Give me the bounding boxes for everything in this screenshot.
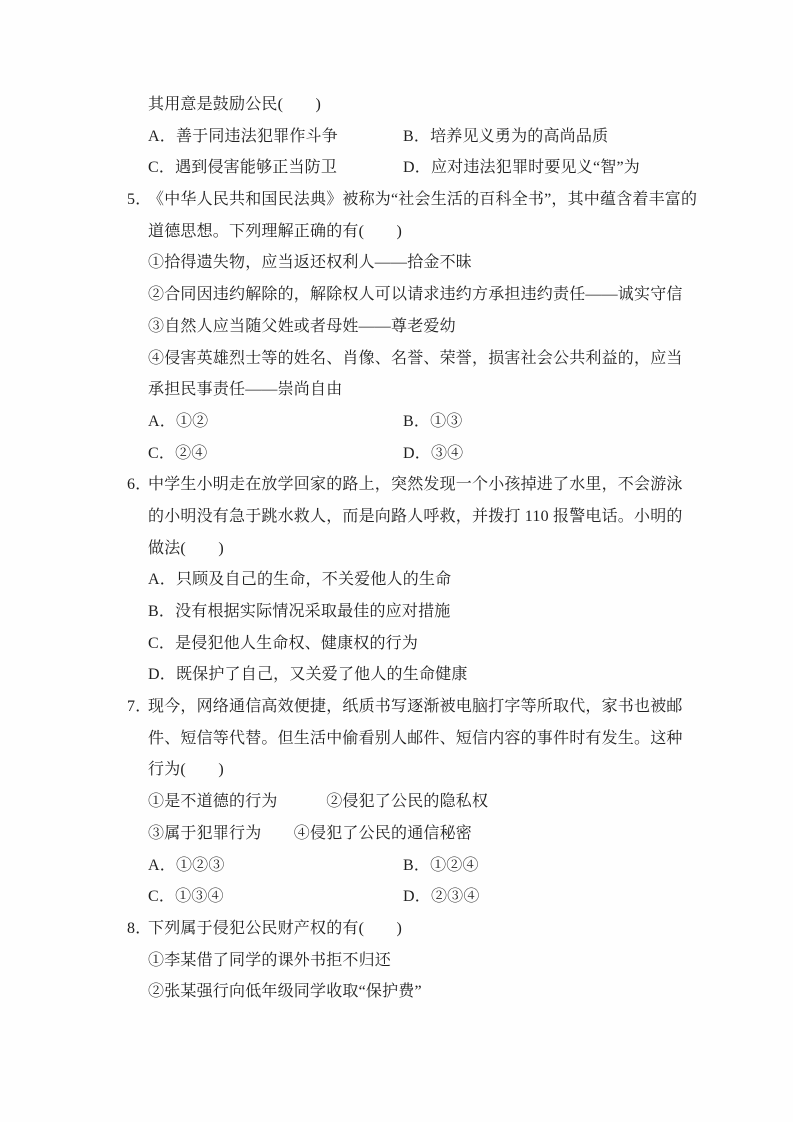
question-first-line: 6．中学生小明走在放学回家的路上，突然发现一个小孩掉进了水里，不会游泳 xyxy=(127,469,767,501)
line-text: ③属于犯罪行为 ④侵犯了公民的通信秘密 xyxy=(148,825,472,842)
question-list: 其用意是鼓励公民( )A．善于同违法犯罪作斗争B．培养见义勇为的高尚品质C．遇到… xyxy=(127,89,767,1008)
line-text: 下列属于侵犯公民财产权的有( ) xyxy=(148,920,402,937)
line-text: 现今，网络通信高效便捷，纸质书写逐渐被电脑打字等所取代，家书也被邮 xyxy=(148,698,683,715)
text-line: 的小明没有急于跳水救人，而是向路人呼救，并拨打 110 报警电话。小明的 xyxy=(127,501,767,533)
text-line: 道德思想。下列理解正确的有( ) xyxy=(127,216,767,248)
question-first-line: 7．现今，网络通信高效便捷，纸质书写逐渐被电脑打字等所取代，家书也被邮 xyxy=(127,691,767,723)
line-text: ①是不道德的行为 ②侵犯了公民的隐私权 xyxy=(148,793,488,810)
text-line: 行为( ) xyxy=(127,754,767,786)
option-cell: D．应对违法犯罪时要见义“智”为 xyxy=(403,159,640,176)
line-text: 承担民事责任——崇尚自由 xyxy=(148,381,342,398)
line-text: ②合同因违约解除的，解除权人可以请求违约方承担违约责任——诚实守信 xyxy=(148,286,683,303)
exam-page: 其用意是鼓励公民( )A．善于同违法犯罪作斗争B．培养见义勇为的高尚品质C．遇到… xyxy=(0,0,793,1122)
text-line: ③自然人应当随父姓或者母姓——尊老爱幼 xyxy=(127,311,767,343)
line-text: ①拾得遗失物，应当返还权利人——拾金不昧 xyxy=(148,254,472,271)
question-first-line: 5．《中华人民共和国民法典》被称为“社会生活的百科全书”，其中蕴含着丰富的 xyxy=(127,184,767,216)
line-text: B．没有根据实际情况采取最佳的应对措施 xyxy=(148,603,450,620)
question-number: 5． xyxy=(127,184,151,216)
text-line: C．遇到侵害能够正当防卫D．应对违法犯罪时要见义“智”为 xyxy=(127,152,767,184)
text-line: 件、短信等代替。但生活中偷看别人邮件、短信内容的事件时有发生。这种 xyxy=(127,723,767,755)
question-number: 7． xyxy=(127,691,151,723)
line-text: 其用意是鼓励公民( ) xyxy=(148,96,321,113)
text-line: A．①②B．①③ xyxy=(127,406,767,438)
text-line: ①是不道德的行为 ②侵犯了公民的隐私权 xyxy=(127,786,767,818)
text-line: D．既保护了自己，又关爱了他人的生命健康 xyxy=(127,659,767,691)
text-line: ④侵害英雄烈士等的姓名、肖像、名誉、荣誉，损害社会公共利益的，应当 xyxy=(127,343,767,375)
option-cell: D．③④ xyxy=(403,445,463,462)
line-text: C．是侵犯他人生命权、健康权的行为 xyxy=(148,635,418,652)
text-line: ①拾得遗失物，应当返还权利人——拾金不昧 xyxy=(127,247,767,279)
text-line: A．只顾及自己的生命，不关爱他人的生命 xyxy=(127,564,767,596)
option-cell: D．②③④ xyxy=(403,888,480,905)
option-cell: B．培养见义勇为的高尚品质 xyxy=(403,128,608,145)
option-cell: C．②④ xyxy=(148,438,403,470)
line-text: 《中华人民共和国民法典》被称为“社会生活的百科全书”，其中蕴含着丰富的 xyxy=(148,191,697,208)
option-cell: C．遇到侵害能够正当防卫 xyxy=(148,152,403,184)
question-number: 8． xyxy=(127,913,151,945)
line-text: 道德思想。下列理解正确的有( ) xyxy=(148,223,402,240)
text-line: ②张某强行向低年级同学收取“保护费” xyxy=(127,976,767,1008)
line-text: 做法( ) xyxy=(148,540,224,557)
option-cell: A．①② xyxy=(148,406,403,438)
text-line: ③属于犯罪行为 ④侵犯了公民的通信秘密 xyxy=(127,818,767,850)
line-text: ①李某借了同学的课外书拒不归还 xyxy=(148,952,391,969)
option-cell: A．善于同违法犯罪作斗争 xyxy=(148,121,403,153)
text-line: C．②④D．③④ xyxy=(127,438,767,470)
option-cell: B．①②④ xyxy=(403,857,479,874)
line-text: 中学生小明走在放学回家的路上，突然发现一个小孩掉进了水里，不会游泳 xyxy=(148,476,683,493)
option-cell: A．①②③ xyxy=(148,850,403,882)
text-line: C．是侵犯他人生命权、健康权的行为 xyxy=(127,628,767,660)
question-number: 6． xyxy=(127,469,151,501)
line-text: 行为( ) xyxy=(148,761,224,778)
text-line: A．善于同违法犯罪作斗争B．培养见义勇为的高尚品质 xyxy=(127,121,767,153)
text-line: 承担民事责任——崇尚自由 xyxy=(127,374,767,406)
option-cell: C．①③④ xyxy=(148,881,403,913)
line-text: 的小明没有急于跳水救人，而是向路人呼救，并拨打 110 报警电话。小明的 xyxy=(148,508,683,525)
line-text: ③自然人应当随父姓或者母姓——尊老爱幼 xyxy=(148,318,456,335)
line-text: D．既保护了自己，又关爱了他人的生命健康 xyxy=(148,666,468,683)
text-line: ②合同因违约解除的，解除权人可以请求违约方承担违约责任——诚实守信 xyxy=(127,279,767,311)
option-cell: B．①③ xyxy=(403,413,462,430)
text-line: 其用意是鼓励公民( ) xyxy=(127,89,767,121)
line-text: ②张某强行向低年级同学收取“保护费” xyxy=(148,983,422,1000)
text-line: ①李某借了同学的课外书拒不归还 xyxy=(127,945,767,977)
text-line: 做法( ) xyxy=(127,533,767,565)
question-first-line: 8．下列属于侵犯公民财产权的有( ) xyxy=(127,913,767,945)
line-text: 件、短信等代替。但生活中偷看别人邮件、短信内容的事件时有发生。这种 xyxy=(148,730,683,747)
line-text: ④侵害英雄烈士等的姓名、肖像、名誉、荣誉，损害社会公共利益的，应当 xyxy=(148,350,683,367)
line-text: A．只顾及自己的生命，不关爱他人的生命 xyxy=(148,571,451,588)
text-line: A．①②③B．①②④ xyxy=(127,850,767,882)
text-line: C．①③④D．②③④ xyxy=(127,881,767,913)
text-line: B．没有根据实际情况采取最佳的应对措施 xyxy=(127,596,767,628)
